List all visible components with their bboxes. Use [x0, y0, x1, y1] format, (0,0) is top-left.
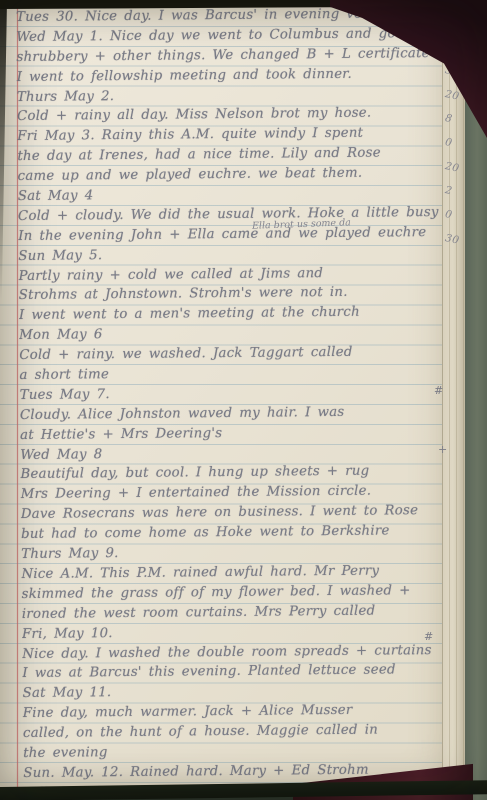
- margin-mark: +: [438, 443, 447, 456]
- scanned-diary-page: 302080202030 Tues 30. Nice day. I was Ba…: [0, 0, 487, 800]
- margin-mark: #: [434, 384, 443, 397]
- diary-line: skimmed the grass off of my flower bed. …: [22, 581, 458, 605]
- diary-lines: Tues 30. Nice day. I was Barcus' in even…: [16, 4, 460, 794]
- margin-mark: #: [424, 630, 433, 643]
- diary-line: shrubbery + other things. We changed B +…: [16, 44, 452, 68]
- diary-line: In the evening John + Ella came and we p…: [18, 223, 454, 247]
